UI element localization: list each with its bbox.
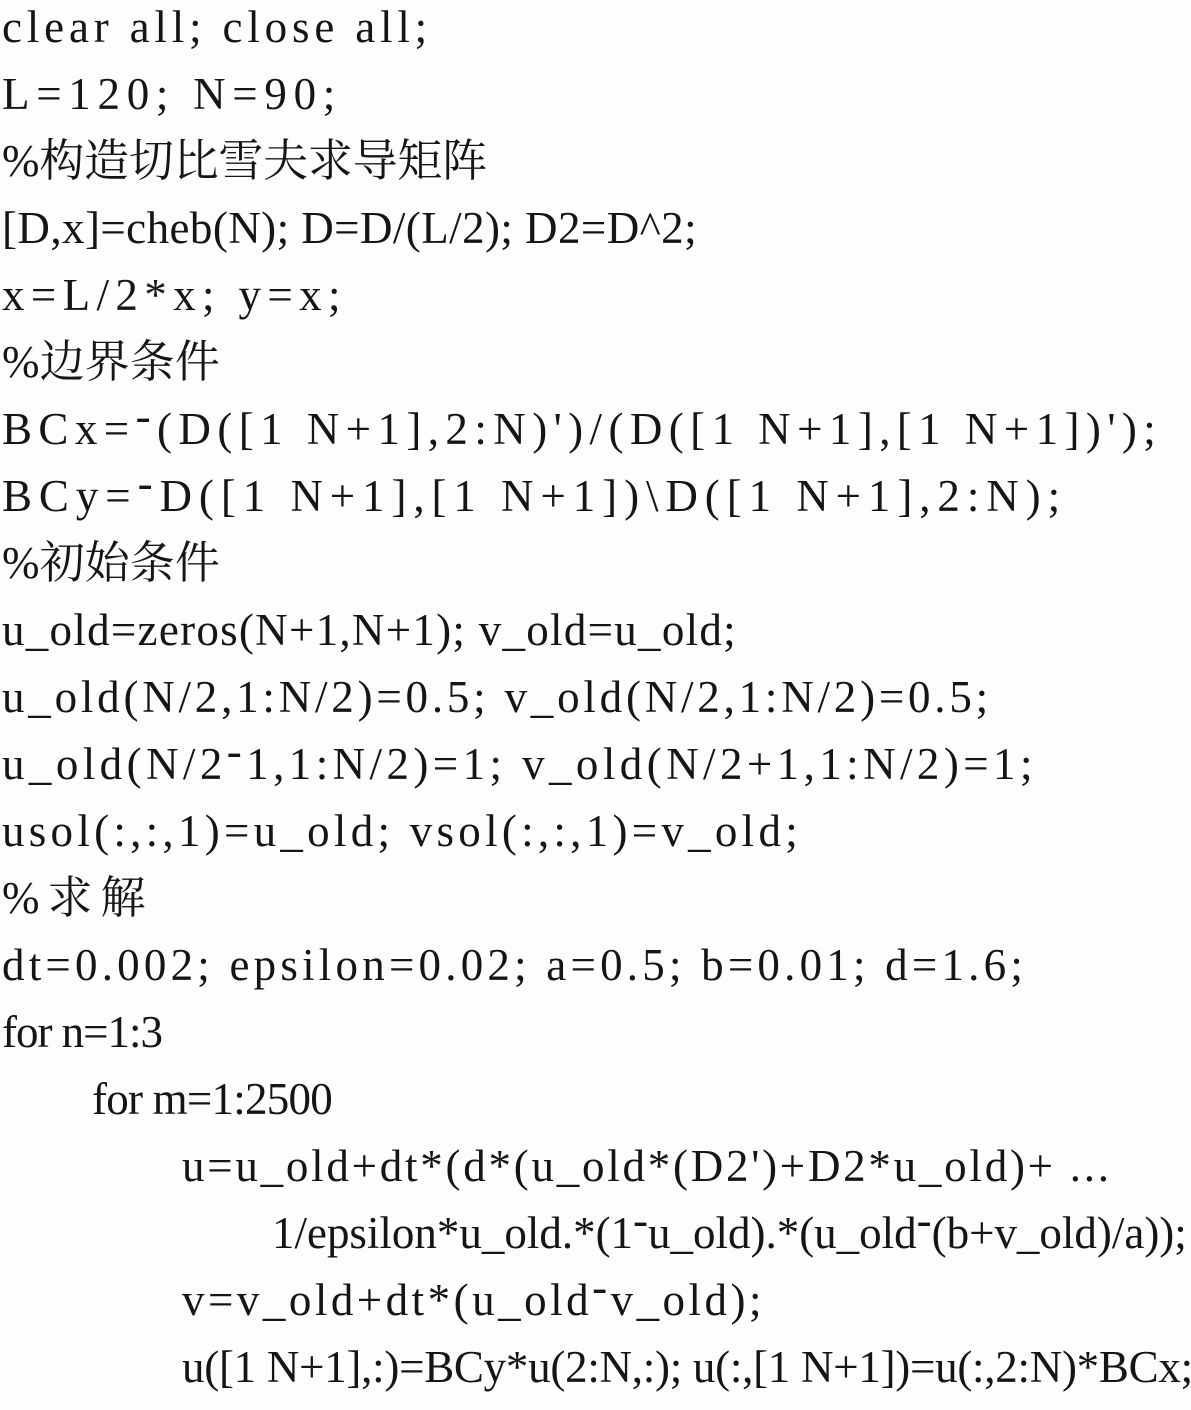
code-text: for n=1:3 [2,999,162,1066]
code-line-7: BCx=-(D([1 N+1],2:N)')/(D([1 N+1],[1 N+1… [2,396,1191,463]
code-text: u_old=zeros(N+1,N+1); v_old=u_old; [2,597,737,664]
comment-line-14: %求解 [2,865,1191,932]
minus-glyph: - [592,1262,610,1312]
code-text: L=120; N=90; [2,61,342,128]
code-line-20: v=v_old+dt*(u_old-v_old); [2,1267,1191,1334]
code-text: BCx=-(D([1 N+1],2:N)')/(D([1 N+1],[1 N+1… [2,396,1162,463]
code-text: u=u_old+dt*(d*(u_old*(D2')+D2*u_old)+ ..… [182,1133,1112,1200]
matlab-code-listing: clear all; close all;L=120; N=90;%构造切比雪夫… [0,0,1191,1401]
code-text: u([1 N+1],:)=BCy*u(2:N,:); u(:,[1 N+1])=… [182,1334,1191,1401]
code-line-13: usol(:,:,1)=u_old; vsol(:,:,1)=v_old; [2,798,1191,865]
code-text: dt=0.002; epsilon=0.02; a=0.5; b=0.01; d… [2,932,1027,999]
code-line-16: for n=1:3 [2,999,1191,1066]
code-text: %构造切比雪夫求导矩阵 [2,128,487,195]
code-line-5: x=L/2*x; y=x; [2,262,1191,329]
code-line-1: clear all; close all; [2,0,1191,61]
code-line-18: u=u_old+dt*(d*(u_old*(D2')+D2*u_old)+ ..… [2,1133,1191,1200]
comment-line-3: %构造切比雪夫求导矩阵 [2,128,1191,195]
code-line-10: u_old=zeros(N+1,N+1); v_old=u_old; [2,597,1191,664]
code-line-12: u_old(N/2-1,1:N/2)=1; v_old(N/2+1,1:N/2)… [2,731,1191,798]
code-text: usol(:,:,1)=u_old; vsol(:,:,1)=v_old; [2,798,802,865]
code-line-15: dt=0.002; epsilon=0.02; a=0.5; b=0.01; d… [2,932,1191,999]
code-text: %初始条件 [2,530,220,597]
minus-glyph: - [227,726,246,776]
minus-glyph: - [633,1195,648,1245]
code-line-17: for m=1:2500 [2,1066,1191,1133]
code-line-19: 1/epsilon*u_old.*(1-u_old).*(u_old-(b+v_… [2,1200,1191,1267]
comment-line-9: %初始条件 [2,530,1191,597]
code-text: u_old(N/2-1,1:N/2)=1; v_old(N/2+1,1:N/2)… [2,731,1037,798]
code-line-11: u_old(N/2,1:N/2)=0.5; v_old(N/2,1:N/2)=0… [2,664,1191,731]
code-line-8: BCy=-D([1 N+1],[1 N+1])\D([1 N+1],2:N); [2,463,1191,530]
code-text: [D,x]=cheb(N); D=D/(L/2); D2=D^2; [2,195,697,262]
code-text: u_old(N/2,1:N/2)=0.5; v_old(N/2,1:N/2)=0… [2,664,992,731]
code-text: for m=1:2500 [92,1066,332,1133]
minus-glyph: - [138,458,160,508]
code-text: v=v_old+dt*(u_old-v_old); [182,1267,765,1334]
code-text: BCy=-D([1 N+1],[1 N+1])\D([1 N+1],2:N); [2,463,1067,530]
minus-glyph: - [136,391,157,441]
code-line-2: L=120; N=90; [2,61,1191,128]
code-line-21: u([1 N+1],:)=BCy*u(2:N,:); u(:,[1 N+1])=… [2,1334,1191,1401]
scanned-code-page: clear all; close all;L=120; N=90;%构造切比雪夫… [0,0,1191,1410]
code-line-4: [D,x]=cheb(N); D=D/(L/2); D2=D^2; [2,195,1191,262]
code-text: 1/epsilon*u_old.*(1-u_old).*(u_old-(b+v_… [272,1200,1187,1267]
minus-glyph: - [917,1195,932,1245]
code-text: %边界条件 [2,329,220,396]
code-text: clear all; close all; [2,0,432,61]
code-text: %求解 [2,865,154,932]
code-text: x=L/2*x; y=x; [2,262,347,329]
comment-line-6: %边界条件 [2,329,1191,396]
